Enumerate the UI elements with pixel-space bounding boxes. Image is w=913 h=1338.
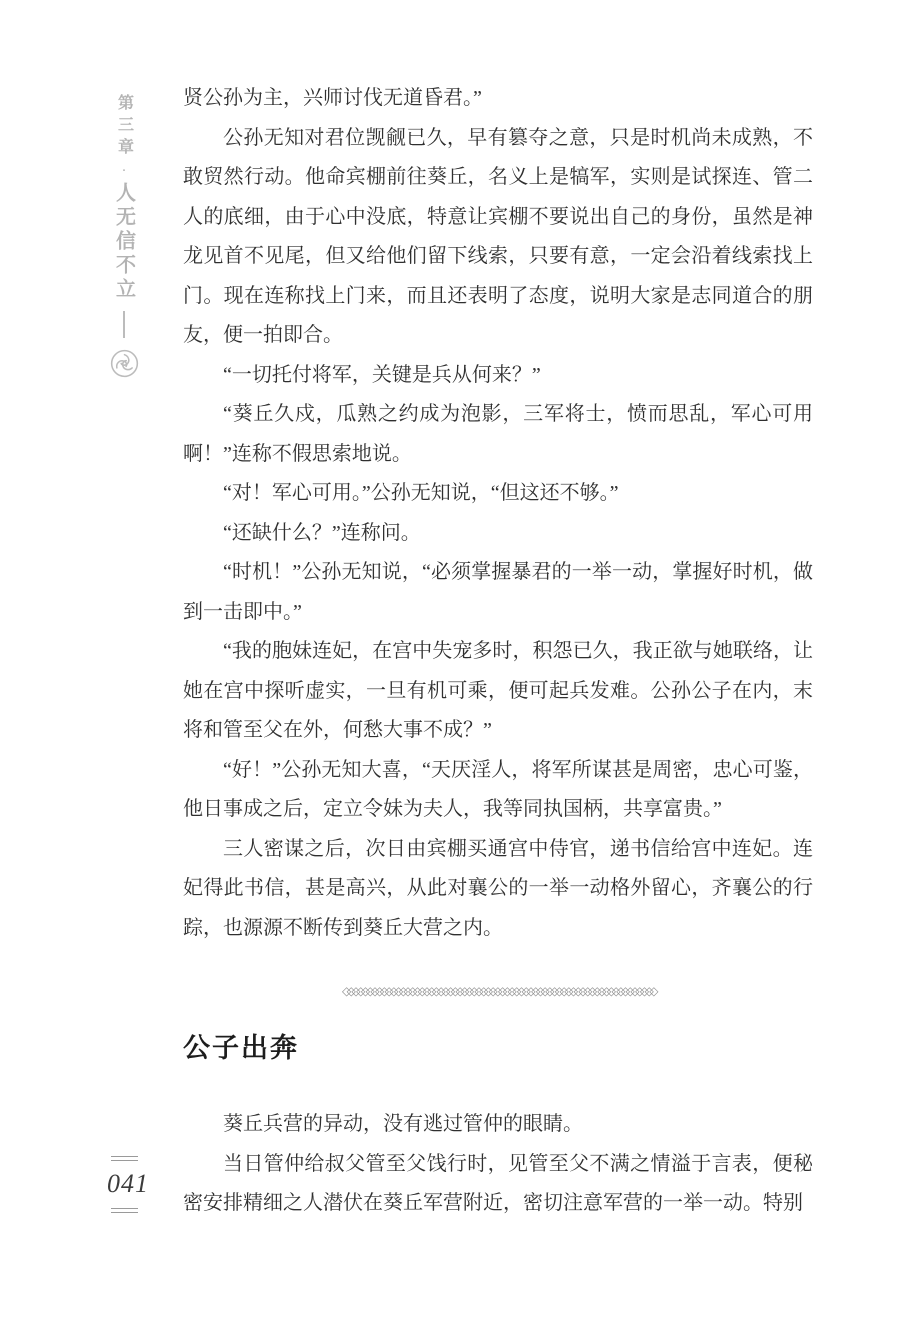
body-paragraphs: 贤公孙为主，兴师讨伐无道昏君。”公孙无知对君位觊觎已久，早有篡夺之意，只是时机尚… (183, 79, 813, 948)
paragraph: 葵丘兵营的异动，没有逃过管仲的眼睛。 (183, 1105, 813, 1145)
paragraph: 三人密谋之后，次日由宾棚买通宫中侍官，递书信给宫中连妃。连妃得此书信，甚是高兴，… (183, 830, 813, 949)
paragraph: “好！”公孙无知大喜，“天厌淫人，将军所谋甚是周密，忠心可鉴，他日事成之后，定立… (183, 751, 813, 830)
paragraph: “时机！”公孙无知说，“必须掌握暴君的一举一动，掌握好时机，做到一击即中。” (183, 553, 813, 632)
chapter-separator-dot: · (122, 164, 127, 178)
book-page: 第三章 · 人无信不立 贤公孙为主，兴师讨伐无道昏君。”公孙无知对君位觊觎已久，… (0, 0, 913, 1338)
chapter-title: 人无信不立 (110, 182, 139, 302)
paragraph: 当日管仲给叔父管至父饯行时，见管至父不满之情溢于言表，便秘密安排精细之人潜伏在葵… (183, 1145, 813, 1224)
floral-seal-icon (110, 349, 139, 378)
page-number-rule-top (111, 1156, 138, 1161)
page-number-rule-bottom (111, 1208, 138, 1213)
chapter-sidebar: 第三章 · 人无信不立 (103, 94, 145, 378)
page-number-block: 041 (107, 1156, 149, 1213)
paragraph: 贤公孙为主，兴师讨伐无道昏君。” (183, 79, 813, 119)
paragraph: “还缺什么？”连称问。 (183, 514, 813, 554)
page-number: 041 (107, 1169, 149, 1199)
paragraph: “对！军心可用。”公孙无知说，“但这还不够。” (183, 474, 813, 514)
paragraph: “葵丘久戍，瓜熟之约成为泡影，三军将士，愤而思乱，军心可用啊！”连称不假思索地说… (183, 395, 813, 474)
chapter-dash-rule (123, 311, 125, 338)
paragraph: 公孙无知对君位觊觎已久，早有篡夺之意，只是时机尚未成熟，不敢贸然行动。他命宾棚前… (183, 119, 813, 356)
section-divider: ◇◇◇◇◇◇◇◇◇◇◇◇◇◇◇◇◇◇◇◇◇◇◇◇◇◇◇◇◇◇◇◇◇◇◇◇◇◇◇◇… (183, 982, 813, 1000)
chapter-number: 第三章 (113, 94, 136, 160)
section-paragraphs: 葵丘兵营的异动，没有逃过管仲的眼睛。当日管仲给叔父管至父饯行时，见管至父不满之情… (183, 1105, 813, 1224)
section-heading: 公子出奔 (183, 1026, 813, 1065)
paragraph: “我的胞妹连妃，在宫中失宠多时，积怨已久，我正欲与她联络，让她在宫中探听虚实，一… (183, 632, 813, 751)
paragraph: “一切托付将军，关键是兵从何来？” (183, 356, 813, 396)
page-content: 贤公孙为主，兴师讨伐无道昏君。”公孙无知对君位觊觎已久，早有篡夺之意，只是时机尚… (183, 79, 813, 1224)
